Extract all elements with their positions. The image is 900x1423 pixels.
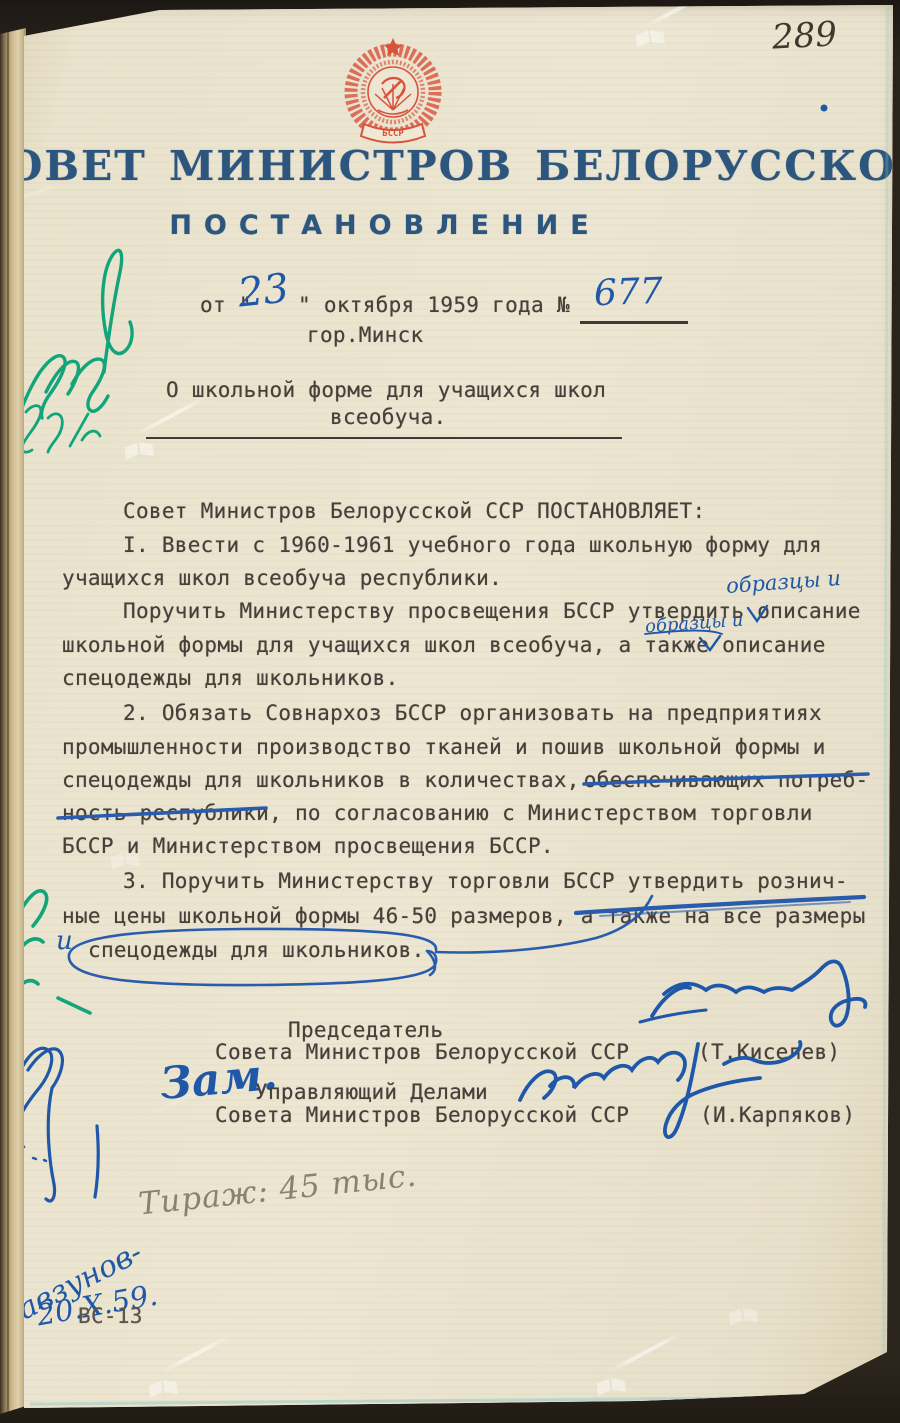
document-page: 289 БССР СОВЕТ МИНИСТРОВ БЕЛОРУССКОЙ ССР… (0, 0, 900, 1423)
chairman-name: (Т.Киселев) (698, 1039, 840, 1065)
print-run-pencil-note: Тираж: 45 тыс. (137, 1157, 419, 1222)
paragraph3-line1: 2. Обязать Совнархоз БССР организовать н… (123, 700, 822, 726)
book-spine-edge (0, 0, 26, 1423)
paragraph4-line1: 3. Поручить Министерству торговли БССР у… (123, 868, 848, 894)
paragraph2-line3: спецодежды для школьников. (62, 665, 399, 691)
paragraph3-line3: спецодежды для школьников в количествах,… (62, 767, 868, 793)
handwritten-decree-number: 677 (593, 271, 663, 314)
subject-underline (146, 437, 622, 439)
struck-text: а также на все размеры (581, 903, 866, 929)
paragraph1-line1: I. Ввести с 1960-1961 учебного года школ… (123, 532, 822, 558)
manager-name: (И.Карпяков) (700, 1102, 855, 1128)
green-margin-signature (6, 250, 132, 455)
watermark-book-icon (123, 438, 155, 462)
page-right-edge (882, 8, 888, 1353)
paragraph1-line2: учащихся школ всеобуча республики. (62, 565, 502, 591)
subject-line1: О школьной форме для учащихся школ (166, 377, 606, 403)
struck-text: ность республики (62, 800, 269, 826)
handwritten-day: 23 (236, 265, 291, 316)
manager-title-line2: Совета Министров Белорусской ССР (215, 1102, 629, 1128)
letterhead-authority: СОВЕТ МИНИСТРОВ БЕЛОРУССКОЙ ССР (0, 142, 900, 190)
subject-line2: всеобуча. (330, 404, 447, 430)
watermark-book-icon (727, 1304, 759, 1328)
paragraph3-line5: БССР и Министерством просвещения БССР. (62, 833, 554, 859)
photo-backdrop: 289 БССР СОВЕТ МИНИСТРОВ БЕЛОРУССКОЙ ССР… (0, 0, 900, 1423)
ink-blot (821, 105, 828, 112)
handwritten-insert-and: и (56, 926, 73, 956)
number-underline (580, 321, 688, 324)
watermark-book-icon (634, 26, 666, 50)
dateline-month-year: " октября 1959 года № (298, 292, 570, 318)
paragraph2-line2: школьной формы для учащихся школ всеобуч… (62, 632, 826, 658)
typed-code: ВС-13 (78, 1303, 143, 1329)
document-type-title: ПОСТАНОВЛЕНИЕ (60, 210, 710, 241)
paragraph2-line1: Поручить Министерству просвещения БССР у… (123, 598, 861, 624)
watermark-streak (644, 0, 717, 29)
emblem-caption: БССР (382, 129, 404, 139)
paragraph3-line2: промышленности производство тканей и пош… (62, 734, 826, 760)
watermark-streak (610, 1331, 683, 1372)
page-number: 289 (771, 14, 838, 57)
struck-text: обеспечивающих потреб- (584, 767, 869, 793)
kept-text: ные цены школьной формы 46-50 размеров, (62, 903, 567, 929)
kiselev-signature (640, 961, 865, 1025)
kept-text: спецодежды для школьников в количествах, (62, 767, 580, 793)
bssr-coat-of-arms-emblem: БССР (330, 34, 456, 146)
kept-text: , по согласованию с Министерством торгов… (269, 800, 813, 826)
chairman-title-line2: Совета Министров Белорусской ССР (215, 1039, 629, 1065)
paragraph4-line2: ные цены школьной формы 46-50 размеров,а… (62, 903, 866, 929)
resolution-intro: Совет Министров Белорусской ССР ПОСТАНОВ… (123, 498, 705, 524)
paragraph3-line4: ность республики, по согласованию с Мини… (62, 800, 813, 826)
watermark-book-icon (595, 1374, 627, 1398)
watermark-book-icon (147, 1376, 179, 1400)
city-line: гор.Минск (307, 322, 424, 348)
watermark-streak (162, 1334, 231, 1373)
paragraph4-line3-circled: спецодежды для школьников. (88, 937, 425, 963)
handwritten-insert-obraztsy-1: образцы и (725, 566, 841, 598)
